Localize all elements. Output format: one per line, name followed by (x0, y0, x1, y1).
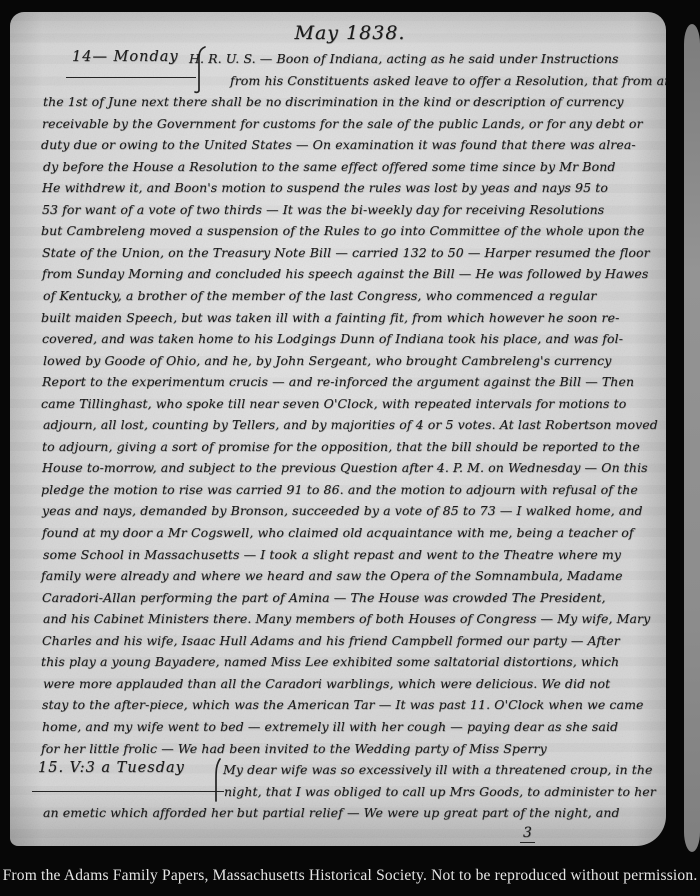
entry-lines: H. R. U. S. — Boon of Indiana, acting as… (42, 48, 658, 759)
manuscript-line-text: State of the Union, on the Treasury Note… (42, 245, 650, 260)
manuscript-line: dy before the House a Resolution to the … (43, 156, 659, 178)
manuscript-line: 53 for want of a vote of two thirds — It… (42, 199, 658, 221)
manuscript-line: My dear wife was so excessively ill with… (223, 759, 657, 781)
manuscript-line: home, and my wife went to bed — extremel… (42, 716, 658, 738)
manuscript-line: were more applauded than all the Carador… (43, 673, 659, 695)
manuscript-line: of Kentucky, a brother of the member of … (43, 285, 659, 307)
manuscript-line-text: dy before the House a Resolution to the … (43, 159, 615, 174)
date-underline (32, 791, 224, 792)
manuscript-content: May 1838. 14— Monday H. R. U. S. — Boon … (10, 12, 666, 846)
manuscript-line-text: 53 for want of a vote of two thirds — It… (42, 202, 604, 217)
manuscript-line-text: night, that I was obliged to call up Mrs… (224, 784, 656, 799)
manuscript-line-text: lowed by Goode of Ohio, and he, by John … (43, 353, 611, 368)
manuscript-line-text: but Cambreleng moved a suspension of the… (41, 223, 644, 238)
diary-entry-may-15: 15. V:3 a Tuesday My dear wife was so ex… (42, 759, 658, 824)
manuscript-line: duty due or owing to the United States —… (41, 134, 657, 156)
manuscript-line: but Cambreleng moved a suspension of the… (41, 220, 657, 242)
manuscript-line-text: of Kentucky, a brother of the member of … (43, 288, 596, 303)
manuscript-line: to adjourn, giving a sort of promise for… (42, 436, 658, 458)
manuscript-line: for her little frolic — We had been invi… (41, 738, 657, 760)
manuscript-line-text: H. R. U. S. — Boon of Indiana, acting as… (189, 51, 619, 66)
manuscript-line-text: for her little frolic — We had been invi… (41, 741, 547, 756)
adjacent-page-edge (684, 24, 700, 852)
manuscript-line: Caradori-Allan performing the part of Am… (42, 587, 658, 609)
manuscript-line: stay to the after-piece, which was the A… (42, 694, 658, 716)
manuscript-line-text: duty due or owing to the United States —… (41, 137, 636, 152)
manuscript-page: May 1838. 14— Monday H. R. U. S. — Boon … (10, 12, 666, 846)
manuscript-line-text: came Tillinghast, who spoke till near se… (41, 396, 626, 411)
manuscript-line: House to-morrow, and subject to the prev… (42, 457, 658, 479)
manuscript-line: family were already and where we heard a… (41, 565, 657, 587)
manuscript-line-text: stay to the after-piece, which was the A… (42, 697, 644, 712)
manuscript-line: found at my door a Mr Cogswell, who clai… (42, 522, 658, 544)
date-underline (66, 77, 196, 78)
manuscript-line-text: the 1st of June next there shall be no d… (43, 94, 624, 109)
manuscript-line-text: some School in Massachusetts — I took a … (43, 547, 621, 562)
manuscript-line: an emetic which afforded her but partial… (43, 802, 659, 824)
entry-bracket-icon (210, 757, 224, 803)
manuscript-line: State of the Union, on the Treasury Note… (42, 242, 658, 264)
manuscript-line: built maiden Speech, but was taken ill w… (41, 307, 657, 329)
manuscript-line-text: Caradori-Allan performing the part of Am… (42, 590, 606, 605)
manuscript-line: Charles and his wife, Isaac Hull Adams a… (42, 630, 658, 652)
manuscript-line: came Tillinghast, who spoke till near se… (41, 393, 657, 415)
page-number-marker: 3 (520, 825, 535, 843)
manuscript-line: this play a young Bayadere, named Miss L… (41, 651, 657, 673)
manuscript-line: night, that I was obliged to call up Mrs… (224, 781, 658, 803)
diary-entry-may-14: 14— Monday H. R. U. S. — Boon of Indiana… (42, 48, 658, 759)
manuscript-line-text: this play a young Bayadere, named Miss L… (41, 654, 619, 669)
manuscript-line-text: My dear wife was so excessively ill with… (223, 762, 653, 777)
manuscript-line-text: found at my door a Mr Cogswell, who clai… (42, 525, 634, 540)
manuscript-line-text: home, and my wife went to bed — extremel… (42, 719, 618, 734)
manuscript-line: covered, and was taken home to his Lodgi… (42, 328, 658, 350)
entry-date-label: 14— Monday (72, 49, 179, 65)
manuscript-line-text: adjourn, all lost, counting by Tellers, … (43, 417, 658, 432)
manuscript-line: from Sunday Morning and concluded his sp… (42, 263, 658, 285)
manuscript-line-text: pledge the motion to rise was carried 91… (41, 482, 638, 497)
manuscript-line-text: built maiden Speech, but was taken ill w… (41, 310, 619, 325)
manuscript-line-text: yeas and nays, demanded by Bronson, succ… (42, 503, 643, 518)
manuscript-line-text: from Sunday Morning and concluded his sp… (42, 266, 648, 281)
manuscript-line: lowed by Goode of Ohio, and he, by John … (43, 350, 659, 372)
manuscript-line-text: from his Constituents asked leave to off… (230, 73, 666, 88)
manuscript-line-text: to adjourn, giving a sort of promise for… (42, 439, 640, 454)
archive-credit-line: From the Adams Family Papers, Massachuse… (0, 862, 700, 890)
manuscript-line: receivable by the Government for customs… (42, 113, 658, 135)
manuscript-line: and his Cabinet Ministers there. Many me… (43, 608, 659, 630)
entry-date-label: 15. V:3 a Tuesday (38, 760, 185, 776)
manuscript-line-text: were more applauded than all the Carador… (43, 676, 610, 691)
manuscript-line-text: receivable by the Government for customs… (42, 116, 643, 131)
manuscript-line-text: covered, and was taken home to his Lodgi… (42, 331, 623, 346)
manuscript-line: Report to the experimentum crucis — and … (42, 371, 658, 393)
manuscript-line: yeas and nays, demanded by Bronson, succ… (42, 500, 658, 522)
manuscript-line: some School in Massachusetts — I took a … (43, 544, 659, 566)
manuscript-line: the 1st of June next there shall be no d… (43, 91, 659, 113)
manuscript-line-text: an emetic which afforded her but partial… (43, 805, 620, 820)
manuscript-line-text: family were already and where we heard a… (41, 568, 623, 583)
manuscript-line-text: and his Cabinet Ministers there. Many me… (43, 611, 650, 626)
manuscript-line: from his Constituents asked leave to off… (230, 70, 658, 92)
manuscript-line: pledge the motion to rise was carried 91… (41, 479, 657, 501)
manuscript-line: He withdrew it, and Boon's motion to sus… (42, 177, 658, 199)
manuscript-line: H. R. U. S. — Boon of Indiana, acting as… (189, 48, 657, 70)
manuscript-line-text: House to-morrow, and subject to the prev… (42, 460, 648, 475)
manuscript-line-text: Report to the experimentum crucis — and … (42, 374, 634, 389)
manuscript-line: adjourn, all lost, counting by Tellers, … (43, 414, 659, 436)
page-heading: May 1838. (42, 18, 658, 48)
manuscript-line-text: He withdrew it, and Boon's motion to sus… (42, 180, 608, 195)
manuscript-line-text: Charles and his wife, Isaac Hull Adams a… (42, 633, 620, 648)
